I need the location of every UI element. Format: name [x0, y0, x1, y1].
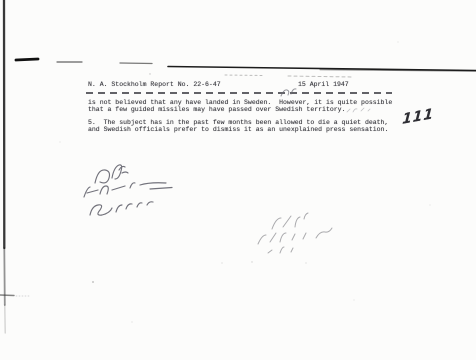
scanned-document-page: N. A. Stockholm Report No. 22-6-47 15 Ap…: [0, 0, 476, 360]
horizontal-rule-artifact: [16, 59, 476, 77]
report-date: 15 April 1947: [298, 81, 349, 88]
report-reference: N. A. Stockholm Report No. 22-6-47: [88, 81, 221, 88]
body-fragment-line-2: that a few guided missiles may have pass…: [88, 106, 345, 113]
handwritten-mark-after-territory: [347, 108, 370, 112]
scan-edge-line: [0, 0, 30, 333]
typed-dashed-underline: [86, 92, 392, 94]
paragraph-5-line-2: and Swedish officials prefer to dismiss …: [88, 126, 388, 133]
handwritten-scrawl-lower: [258, 213, 332, 253]
handwritten-page-number: 111: [402, 106, 435, 128]
scan-artifacts-layer: [0, 0, 476, 360]
handwritten-scrawl-left: [84, 165, 172, 215]
